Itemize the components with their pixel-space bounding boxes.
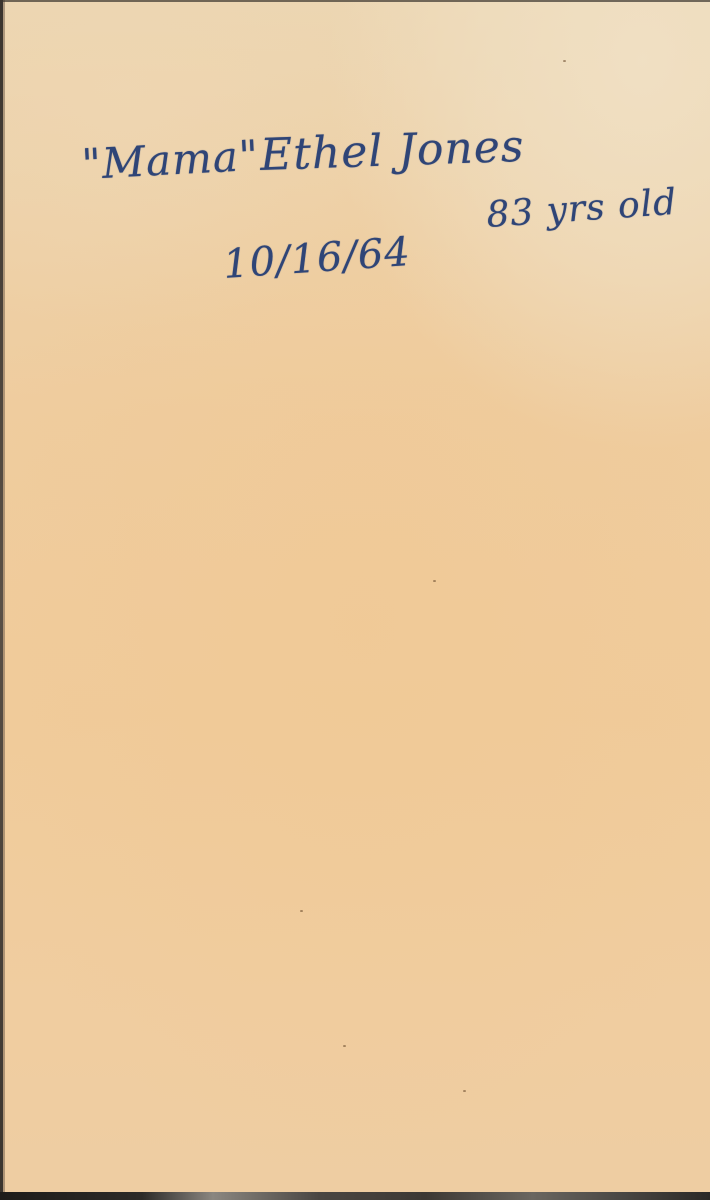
scan-bottom-strip — [0, 1192, 710, 1200]
paper-surface: "Mama" Ethel Jones 83 yrs old 10/16/64 — [3, 0, 710, 1192]
paper-speck — [463, 1090, 466, 1092]
scanned-photo-back: "Mama" Ethel Jones 83 yrs old 10/16/64 — [0, 0, 710, 1200]
scan-top-edge — [0, 0, 710, 2]
paper-speck — [343, 1045, 346, 1047]
handwritten-age: 83 yrs old — [485, 182, 678, 236]
paper-speck — [300, 910, 303, 912]
handwritten-nickname: "Mama" — [80, 131, 260, 189]
scan-left-edge — [0, 0, 3, 1200]
handwritten-full-name: Ethel Jones — [259, 121, 525, 181]
paper-speck — [563, 60, 566, 62]
handwritten-date: 10/16/64 — [222, 229, 412, 288]
paper-speck — [433, 580, 436, 582]
